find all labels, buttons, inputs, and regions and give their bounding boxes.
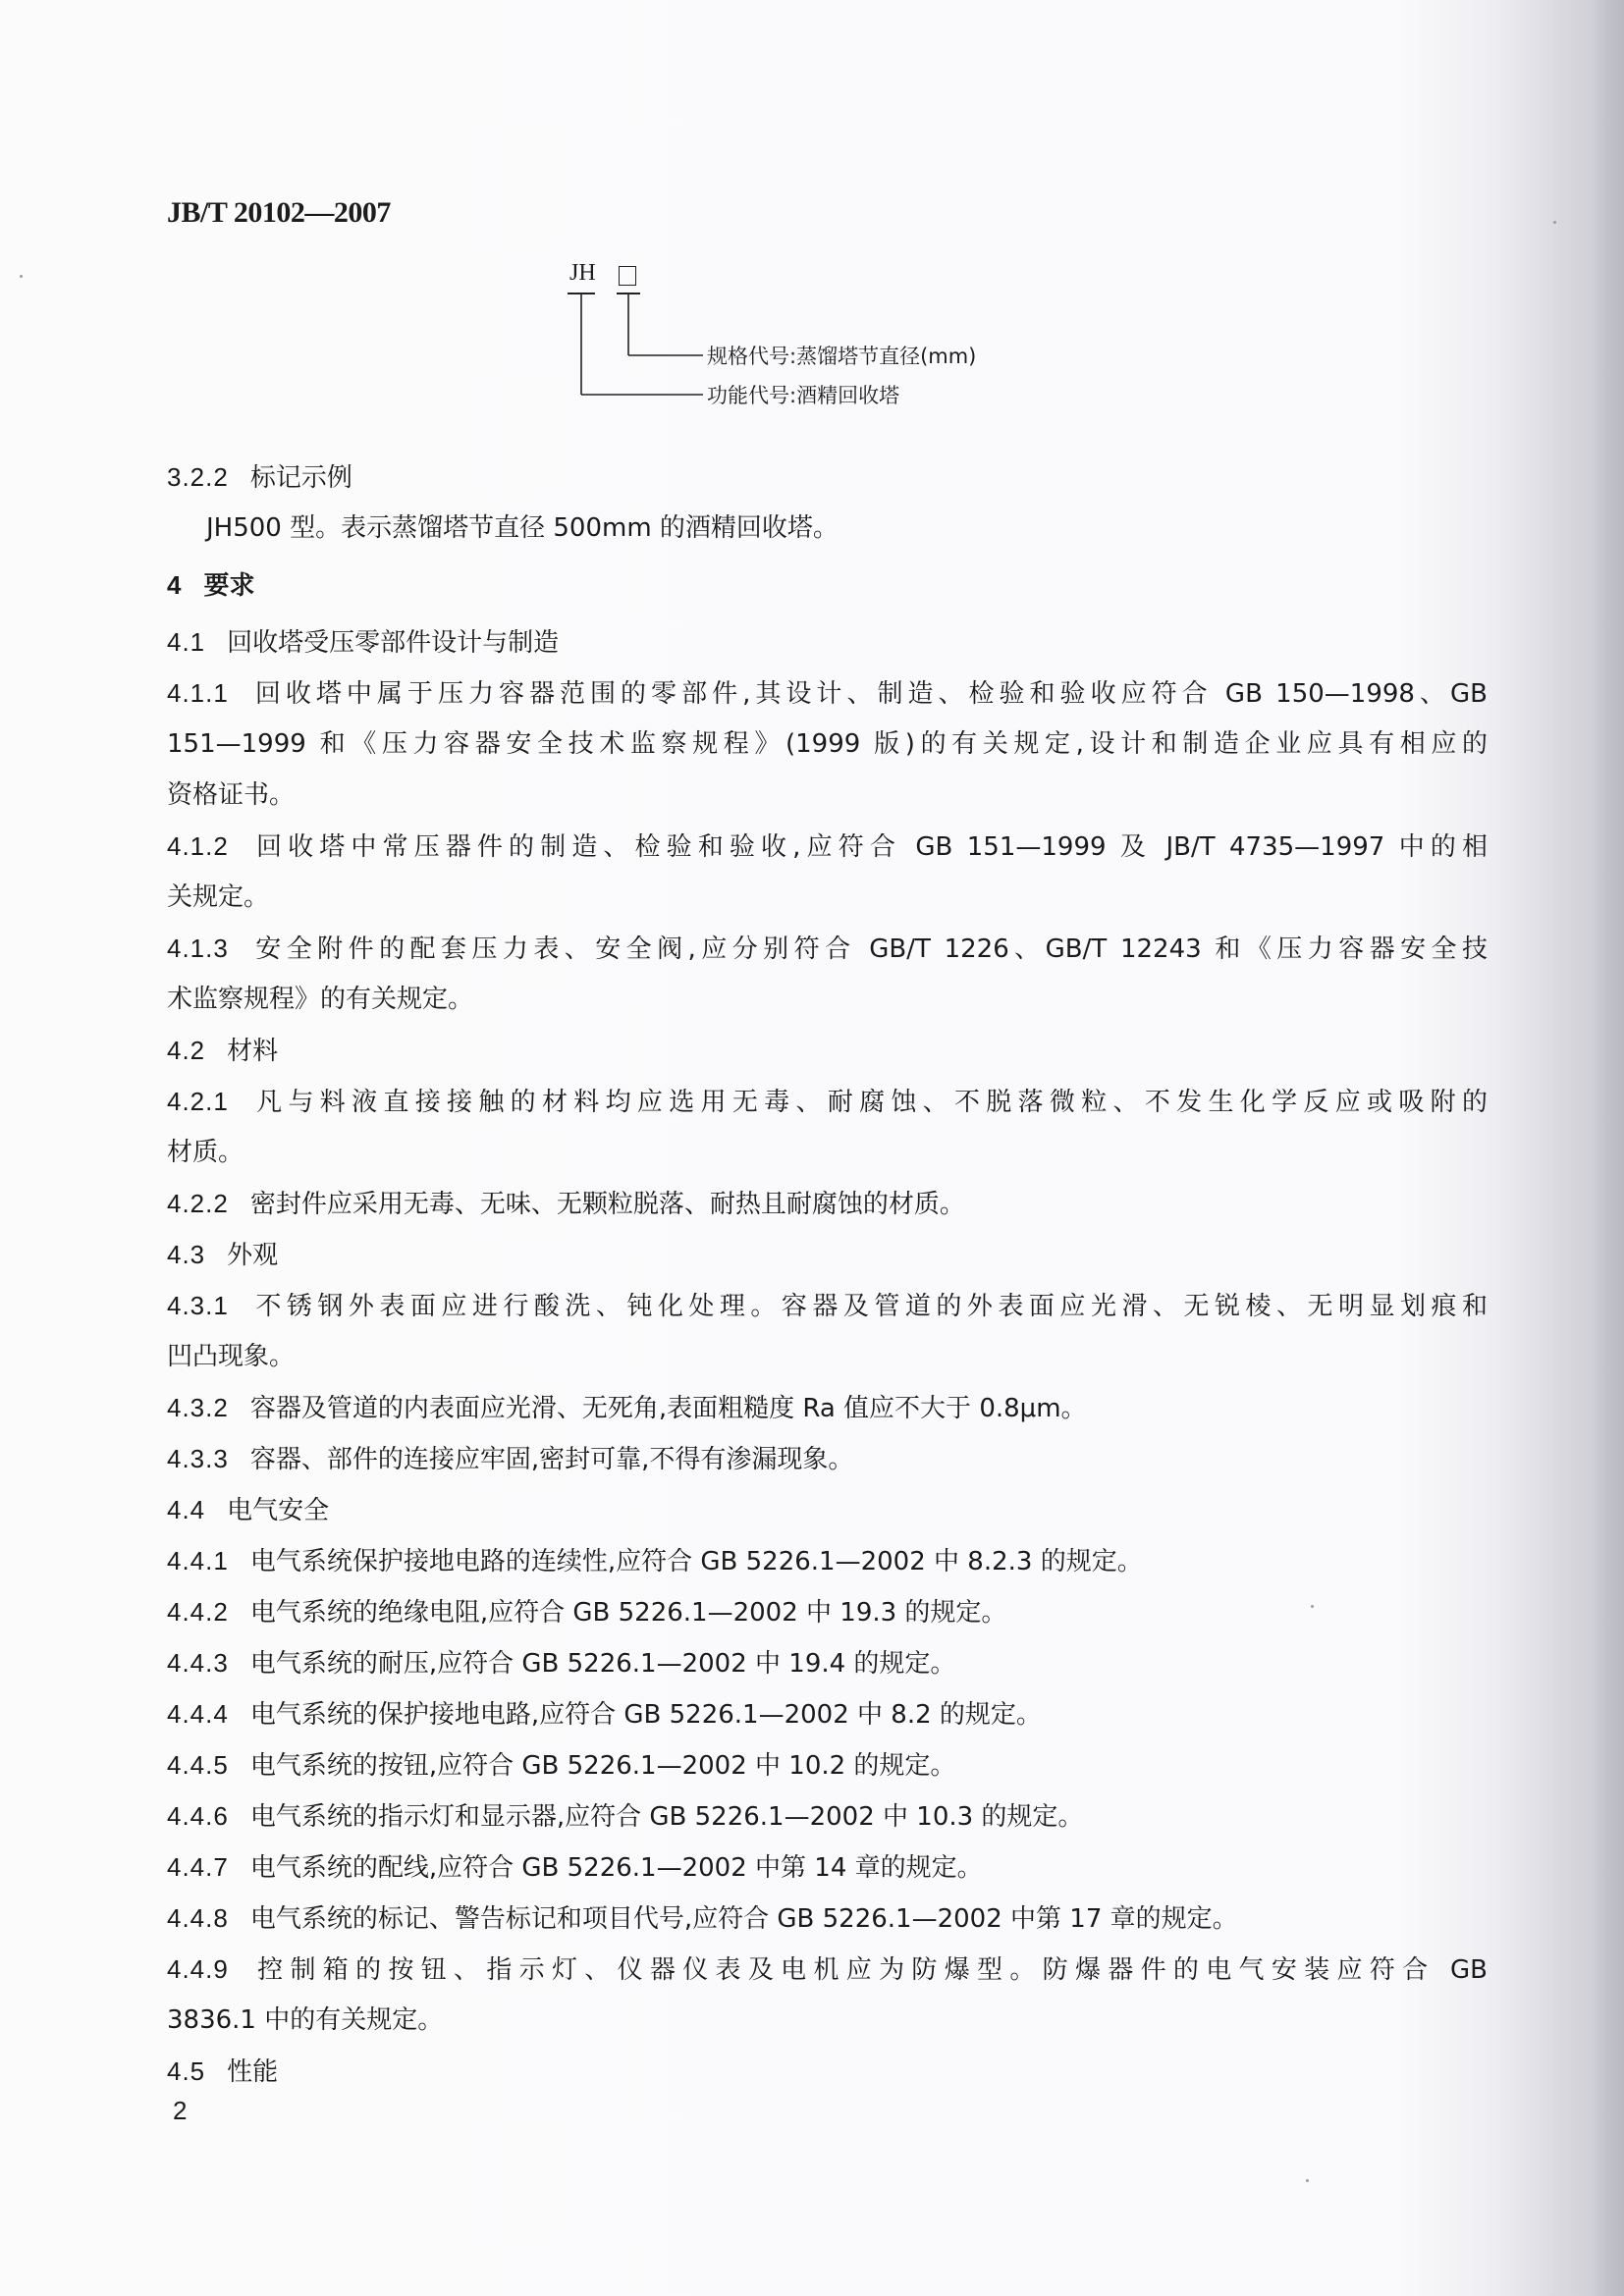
- clause-number: 4.4: [167, 1484, 205, 1535]
- clause-4-2-1: 4.2.1凡与料液直接接触的材料均应选用无毒、耐腐蚀、不脱落微粒、不发生化学反应…: [167, 1076, 1488, 1178]
- clause-number: 4.5: [167, 2046, 205, 2097]
- clause-line: 电气系统的配线,应符合 GB 5226.1—2002 中第 14 章的规定。: [250, 1853, 983, 1883]
- clause-number: 4.4.2: [167, 1586, 229, 1637]
- document-body: 3.2.2标记示例 JH500 型。表示蒸馏塔节直径 500mm 的酒精回收塔。…: [167, 452, 1488, 2097]
- clause-line: 回收塔中常压器件的制造、检验和验收,应符合 GB 151—1999 及 JB/T…: [250, 832, 1488, 862]
- clause-number: 4.4.8: [167, 1893, 229, 1944]
- clause-number: 4.1.2: [167, 821, 229, 872]
- clause-4-2-2: 4.2.2密封件应采用无毒、无味、无颗粒脱落、耐热且耐腐蚀的材质。: [167, 1178, 1488, 1229]
- clause-number: 3.2.2: [167, 452, 229, 503]
- designation-prefix: JH: [569, 260, 596, 287]
- clause-4-3-3: 4.3.3容器、部件的连接应牢固,密封可靠,不得有渗漏现象。: [167, 1433, 1488, 1484]
- clause-4-3-1: 4.3.1不锈钢外表面应进行酸洗、钝化处理。容器及管道的外表面应光滑、无锐棱、无…: [167, 1280, 1488, 1382]
- chapter-number: 4: [167, 560, 182, 611]
- clause-4-4-8: 4.4.8电气系统的标记、警告标记和项目代号,应符合 GB 5226.1—200…: [167, 1893, 1488, 1944]
- clause-number: 4.4.7: [167, 1842, 229, 1893]
- clause-number: 4.3.1: [167, 1280, 229, 1331]
- clause-number: 4.3.3: [167, 1433, 229, 1484]
- designation-spec-placeholder-box: [619, 266, 636, 286]
- subheading-title: 回收塔受压零部件设计与制造: [227, 628, 559, 658]
- clause-4-4-7: 4.4.7电气系统的配线,应符合 GB 5226.1—2002 中第 14 章的…: [167, 1842, 1488, 1893]
- clause-line: 电气系统的保护接地电路,应符合 GB 5226.1—2002 中 8.2 的规定…: [250, 1700, 1042, 1730]
- standard-code-header: JB/T 20102—2007: [167, 196, 391, 230]
- clause-number: 4.4.6: [167, 1790, 229, 1842]
- clause-4-4-9: 4.4.9控制箱的按钮、指示灯、仪器仪表及电机应为防爆型。防爆器件的电气安装应符…: [167, 1944, 1488, 2046]
- clause-line: 电气系统的标记、警告标记和项目代号,应符合 GB 5226.1—2002 中第 …: [250, 1904, 1238, 1934]
- clause-line: 3836.1 中的有关规定。: [167, 2005, 443, 2035]
- clause-line: 控制箱的按钮、指示灯、仪器仪表及电机应为防爆型。防爆器件的电气安装应符合 GB: [250, 1955, 1488, 1985]
- clause-line: 151—1999 和《压力容器安全技术监察规程》(1999 版)的有关规定,设计…: [167, 729, 1488, 759]
- clause-line: 材质。: [167, 1138, 244, 1167]
- clause-line: 电气系统的绝缘电阻,应符合 GB 5226.1—2002 中 19.3 的规定。: [250, 1598, 1007, 1628]
- clause-line: 密封件应采用无毒、无味、无颗粒脱落、耐热且耐腐蚀的材质。: [250, 1190, 965, 1219]
- clause-4-4-5: 4.4.5电气系统的按钮,应符合 GB 5226.1—2002 中 10.2 的…: [167, 1739, 1488, 1790]
- chapter-4-heading: 4要求: [167, 560, 1488, 611]
- clause-number: 4.4.3: [167, 1637, 229, 1688]
- subheading-4-1: 4.1回收塔受压零部件设计与制造: [167, 616, 1488, 667]
- designation-func-label: 功能代号:酒精回收塔: [707, 380, 899, 409]
- scan-speck: [1306, 2179, 1309, 2182]
- clause-line: 不锈钢外表面应进行酸洗、钝化处理。容器及管道的外表面应光滑、无锐棱、无明显划痕和: [250, 1292, 1488, 1321]
- clause-line: 回收塔中属于压力容器范围的零部件,其设计、制造、检验和验收应符合 GB 150—…: [250, 679, 1488, 709]
- clause-number: 4.4.5: [167, 1739, 229, 1790]
- clause-4-1-1: 4.1.1回收塔中属于压力容器范围的零部件,其设计、制造、检验和验收应符合 GB…: [167, 667, 1488, 821]
- clause-4-4-2: 4.4.2电气系统的绝缘电阻,应符合 GB 5226.1—2002 中 19.3…: [167, 1586, 1488, 1637]
- clause-line: 关规定。: [167, 882, 269, 912]
- clause-line: 容器及管道的内表面应光滑、无死角,表面粗糙度 Ra 值应不大于 0.8μm。: [250, 1394, 1087, 1423]
- subheading-4-2: 4.2材料: [167, 1025, 1488, 1076]
- clause-line: 资格证书。: [167, 780, 295, 810]
- subheading-4-3: 4.3外观: [167, 1229, 1488, 1280]
- clause-line: 安全附件的配套压力表、安全阀,应分别符合 GB/T 1226、GB/T 1224…: [250, 934, 1488, 964]
- subheading-title: 外观: [227, 1241, 278, 1270]
- clause-number: 4.1.1: [167, 667, 229, 719]
- clause-number: 4.4.4: [167, 1688, 229, 1739]
- chapter-title: 要求: [203, 571, 254, 601]
- subheading-3-2-2: 3.2.2标记示例: [167, 452, 1488, 503]
- clause-4-1-2: 4.1.2回收塔中常压器件的制造、检验和验收,应符合 GB 151—1999 及…: [167, 821, 1488, 923]
- designation-spec-label: 规格代号:蒸馏塔节直径(mm): [707, 341, 976, 370]
- clause-line: 凡与料液直接接触的材料均应选用无毒、耐腐蚀、不脱落微粒、不发生化学反应或吸附的: [250, 1088, 1488, 1117]
- subheading-title: 电气安全: [227, 1496, 329, 1525]
- subheading-4-4: 4.4电气安全: [167, 1484, 1488, 1535]
- scan-speck: [1311, 1605, 1314, 1608]
- subheading-4-5: 4.5性能: [167, 2046, 1488, 2097]
- clause-number: 4.3.2: [167, 1382, 229, 1433]
- clause-line: 电气系统的按钮,应符合 GB 5226.1—2002 中 10.2 的规定。: [250, 1751, 956, 1781]
- page-binding-shadow: [1589, 0, 1624, 2296]
- clause-number: 4.2: [167, 1025, 205, 1076]
- clause-line: 电气系统的指示灯和显示器,应符合 GB 5226.1—2002 中 10.3 的…: [250, 1802, 1084, 1832]
- page-number: 2: [173, 2096, 187, 2126]
- clause-number: 4.2.2: [167, 1178, 229, 1229]
- subheading-title: 性能: [227, 2057, 278, 2087]
- clause-4-4-3: 4.4.3电气系统的耐压,应符合 GB 5226.1—2002 中 19.4 的…: [167, 1637, 1488, 1688]
- scan-speck: [20, 275, 23, 278]
- clause-4-1-3: 4.1.3安全附件的配套压力表、安全阀,应分别符合 GB/T 1226、GB/T…: [167, 923, 1488, 1025]
- clause-4-4-4: 4.4.4电气系统的保护接地电路,应符合 GB 5226.1—2002 中 8.…: [167, 1688, 1488, 1739]
- clause-4-4-1: 4.4.1电气系统保护接地电路的连续性,应符合 GB 5226.1—2002 中…: [167, 1535, 1488, 1586]
- clause-number: 4.4.1: [167, 1535, 229, 1586]
- paragraph-marking-example: JH500 型。表示蒸馏塔节直径 500mm 的酒精回收塔。: [167, 503, 1488, 554]
- clause-number: 4.1: [167, 616, 205, 667]
- clause-number: 4.1.3: [167, 923, 229, 974]
- clause-line: 容器、部件的连接应牢固,密封可靠,不得有渗漏现象。: [250, 1445, 854, 1474]
- subheading-title: 标记示例: [250, 463, 352, 493]
- designation-diagram: JH 规格代号:蒸馏塔节直径(mm) 功能代号:酒精回收塔: [560, 260, 1110, 417]
- clause-number: 4.2.1: [167, 1076, 229, 1127]
- clause-number: 4.3: [167, 1229, 205, 1280]
- clause-line: 术监察规程》的有关规定。: [167, 985, 473, 1014]
- clause-4-3-2: 4.3.2容器及管道的内表面应光滑、无死角,表面粗糙度 Ra 值应不大于 0.8…: [167, 1382, 1488, 1433]
- subheading-title: 材料: [227, 1037, 278, 1066]
- paragraph-line: JH500 型。表示蒸馏塔节直径 500mm 的酒精回收塔。: [206, 513, 839, 543]
- clause-line: 电气系统保护接地电路的连续性,应符合 GB 5226.1—2002 中 8.2.…: [250, 1547, 1143, 1576]
- clause-line: 电气系统的耐压,应符合 GB 5226.1—2002 中 19.4 的规定。: [250, 1649, 956, 1679]
- clause-4-4-6: 4.4.6电气系统的指示灯和显示器,应符合 GB 5226.1—2002 中 1…: [167, 1790, 1488, 1842]
- clause-line: 凹凸现象。: [167, 1342, 295, 1371]
- clause-number: 4.4.9: [167, 1944, 229, 1995]
- scan-speck: [1553, 221, 1556, 224]
